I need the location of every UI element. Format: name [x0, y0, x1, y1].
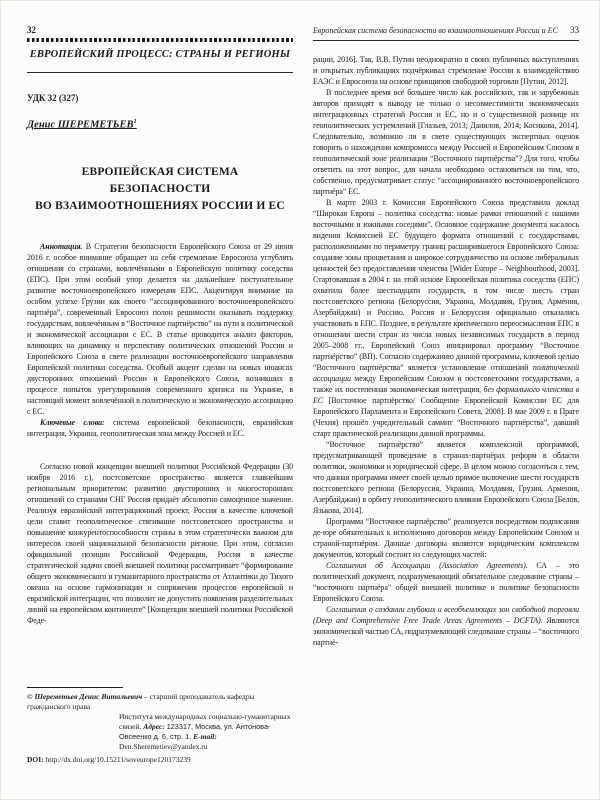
page-number-left: 32 — [27, 25, 293, 35]
keywords-label: Ключевые слова: — [40, 418, 105, 427]
abstract-text: В Стратегии безопасности Европейского Со… — [27, 242, 293, 416]
paragraph: В последнее время всё большее число как … — [313, 87, 579, 197]
left-body-paragraph: Согласно новой концепции внешней политик… — [27, 461, 293, 626]
article-title: ЕВРОПЕЙСКАЯ СИСТЕМА БЕЗОПАСНОСТИ ВО ВЗАИ… — [33, 164, 287, 215]
page-33: Европейская система безопасности во взаи… — [313, 25, 579, 781]
footnote-author-line: © Шереметьев Денис Витальевич – старший … — [27, 692, 293, 712]
paragraph-text: [Восточное партнёрство/ Сообщение Европе… — [313, 396, 579, 438]
header-rule-right — [313, 40, 579, 41]
footnote-email: Den.Sheremetiev@yandex.ru — [119, 742, 208, 751]
doi-line: DOI: http://dx.doi.org/10.15211/soveurop… — [27, 755, 293, 765]
author-footnote-mark: 1 — [133, 118, 136, 125]
running-head-title: Европейская система безопасности во взаи… — [313, 26, 558, 35]
paragraph: В марте 2003 г. Комиссия Европейского Со… — [313, 197, 579, 439]
article-title-line-1: ЕВРОПЕЙСКАЯ СИСТЕМА БЕЗОПАСНОСТИ — [33, 164, 287, 198]
article-title-line-2: ВО ВЗАИМООТНОШЕНИЯХ РОССИИ И ЕС — [33, 198, 287, 215]
footnote-affiliation-line: Института международных социально-гумани… — [119, 712, 293, 752]
paragraph: Программа “Восточное партнёрство” реализ… — [313, 516, 579, 560]
doi-label: DOI: — [27, 755, 44, 764]
paragraph-association-agreements: Соглашения об Ассоциации (Association Ag… — [313, 560, 579, 604]
agreement-lead-italic: Соглашения об Ассоциации (Association Ag… — [326, 561, 528, 570]
udc-code: УДК 32 (327) — [27, 93, 293, 103]
footnote-rule — [27, 687, 123, 688]
footnote-block: © Шереметьев Денис Витальевич – старший … — [27, 687, 293, 765]
paragraph-text: В марте 2003 г. Комиссия Европейского Со… — [313, 198, 579, 372]
abstract-paragraph: Аннотация. В Стратегии безопасности Евро… — [27, 241, 293, 417]
doi-url: http://dx.doi.org/10.15211/soveurope1201… — [46, 755, 191, 764]
paragraph-dcfta: Соглашения о создании глубоких и всеобъе… — [313, 604, 579, 648]
header-rule-left — [27, 72, 293, 73]
paragraph-continuation: рации, 2016]. Так, В.В. Путин неоднократ… — [313, 54, 579, 87]
author-name-text: Денис ШЕРЕМЕТЬЕВ — [27, 119, 133, 130]
dotted-rule — [27, 38, 293, 42]
section-heading: ЕВРОПЕЙСКИЙ ПРОЦЕСС: СТРАНЫ И РЕГИОНЫ — [27, 49, 293, 60]
keywords-paragraph: Ключевые слова: система европейской безо… — [27, 417, 293, 439]
right-page-body: рации, 2016]. Так, В.В. Путин неоднократ… — [313, 54, 579, 648]
paragraph: “Восточное партнёрство” является комплек… — [313, 439, 579, 516]
page-number-right: 33 — [570, 25, 579, 35]
running-head-row: Европейская система безопасности во взаи… — [313, 25, 579, 35]
author-name: Денис ШЕРЕМЕТЬЕВ1 — [27, 118, 293, 131]
footnote-address-label: Адрес: — [143, 722, 165, 731]
footnote-author-name: © Шереметьев Денис Витальевич — [27, 692, 142, 701]
agreement-lead-italic: Соглашения о создании глубоких и всеобъе… — [313, 605, 579, 625]
abstract-label: Аннотация. — [40, 242, 82, 251]
journal-spread-scan: 32 ЕВРОПЕЙСКИЙ ПРОЦЕСС: СТРАНЫ И РЕГИОНЫ… — [0, 0, 600, 800]
page-32: 32 ЕВРОПЕЙСКИЙ ПРОЦЕСС: СТРАНЫ И РЕГИОНЫ… — [27, 25, 293, 781]
footnote-email-label: E-mail: — [193, 732, 217, 741]
